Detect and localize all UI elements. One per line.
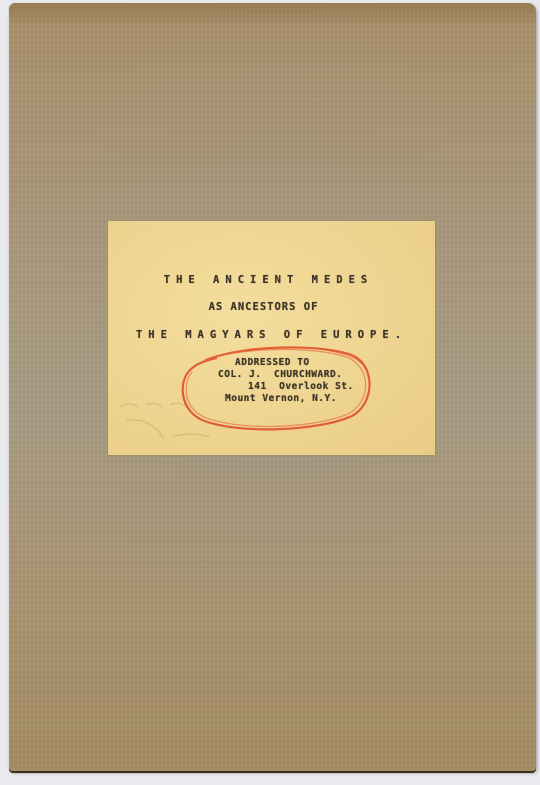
photo-background: THE ANCIENT MEDES AS ANCESTORS OF THE MA… <box>0 0 540 785</box>
title-line-3: THE MAGYARS OF EUROPE. <box>108 329 435 341</box>
pasted-title-label: THE ANCIENT MEDES AS ANCESTORS OF THE MA… <box>108 221 435 455</box>
title-line-2: AS ANCESTORS OF <box>92 301 435 313</box>
pamphlet-cover: THE ANCIENT MEDES AS ANCESTORS OF THE MA… <box>9 3 536 771</box>
address-line-2: COL. J. CHURCHWARD. <box>218 369 342 380</box>
address-line-1: ADDRESSED TO <box>235 357 310 368</box>
title-line-1: THE ANCIENT MEDES <box>102 274 435 286</box>
embossed-stamp-impression <box>112 399 222 449</box>
cover-top-edge-wear <box>9 3 536 25</box>
address-line-4: Mount Vernon, N.Y. <box>225 393 337 404</box>
address-line-3: 141 Overlook St. <box>248 381 354 392</box>
